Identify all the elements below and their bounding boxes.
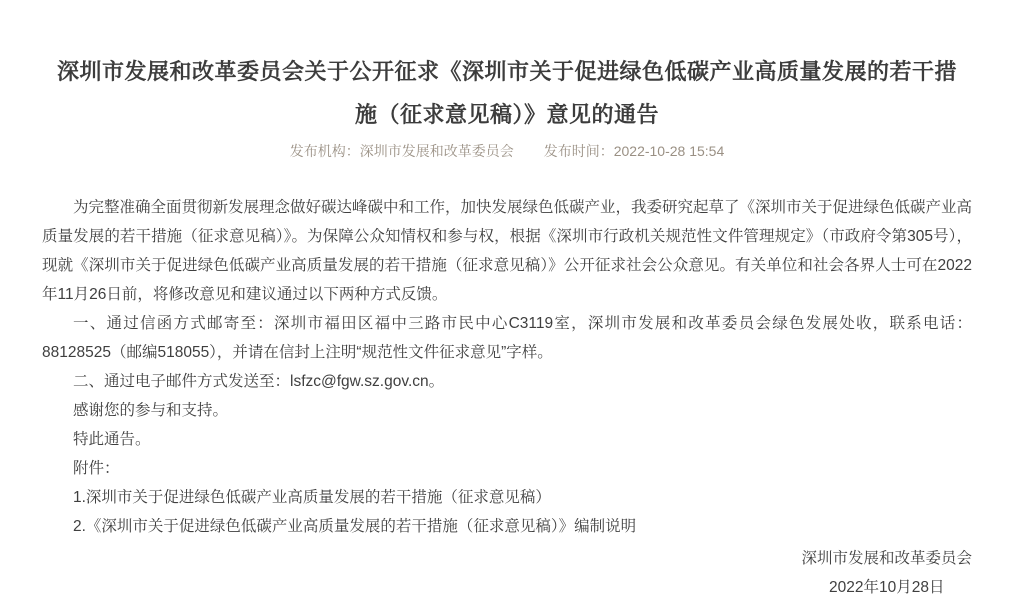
attachment-item-1: 1.深圳市关于促进绿色低碳产业高质量发展的若干措施（征求意见稿）	[42, 483, 972, 512]
notice-page: 深圳市发展和改革委员会关于公开征求《深圳市关于促进绿色低碳产业高质量发展的若干措…	[0, 0, 1014, 599]
attachment-item-2: 2.《深圳市关于促进绿色低碳产业高质量发展的若干措施（征求意见稿）》编制说明	[42, 512, 972, 541]
publish-agency: 发布机构：深圳市发展和改革委员会	[290, 141, 514, 161]
signature-block: 深圳市发展和改革委员会 2022年10月28日	[801, 544, 972, 599]
notice-paragraph-thanks: 感谢您的参与和支持。	[42, 396, 972, 425]
signature-date: 2022年10月28日	[801, 573, 972, 599]
publish-time-value: 2022-10-28 15:54	[614, 143, 725, 159]
publish-time: 发布时间：2022-10-28 15:54	[544, 141, 725, 161]
publish-agency-label: 发布机构：	[290, 143, 360, 159]
publish-agency-value: 深圳市发展和改革委员会	[360, 143, 514, 159]
notice-body: 为完整准确全面贯彻新发展理念做好碳达峰碳中和工作，加快发展绿色低碳产业，我委研究…	[42, 193, 972, 541]
notice-paragraph-intro: 为完整准确全面贯彻新发展理念做好碳达峰碳中和工作，加快发展绿色低碳产业，我委研究…	[42, 193, 972, 309]
notice-paragraph-attachments-label: 附件：	[42, 454, 972, 483]
notice-paragraph-hereby: 特此通告。	[42, 425, 972, 454]
publish-time-label: 发布时间：	[544, 143, 614, 159]
notice-paragraph-mail-channel: 一、通过信函方式邮寄至：深圳市福田区福中三路市民中心C3119室，深圳市发展和改…	[42, 309, 972, 367]
meta-row: 发布机构：深圳市发展和改革委员会 发布时间：2022-10-28 15:54	[42, 141, 972, 161]
signature-org: 深圳市发展和改革委员会	[801, 544, 972, 573]
page-title: 深圳市发展和改革委员会关于公开征求《深圳市关于促进绿色低碳产业高质量发展的若干措…	[49, 50, 965, 136]
notice-paragraph-email-channel: 二、通过电子邮件方式发送至：lsfzc@fgw.sz.gov.cn。	[42, 367, 972, 396]
